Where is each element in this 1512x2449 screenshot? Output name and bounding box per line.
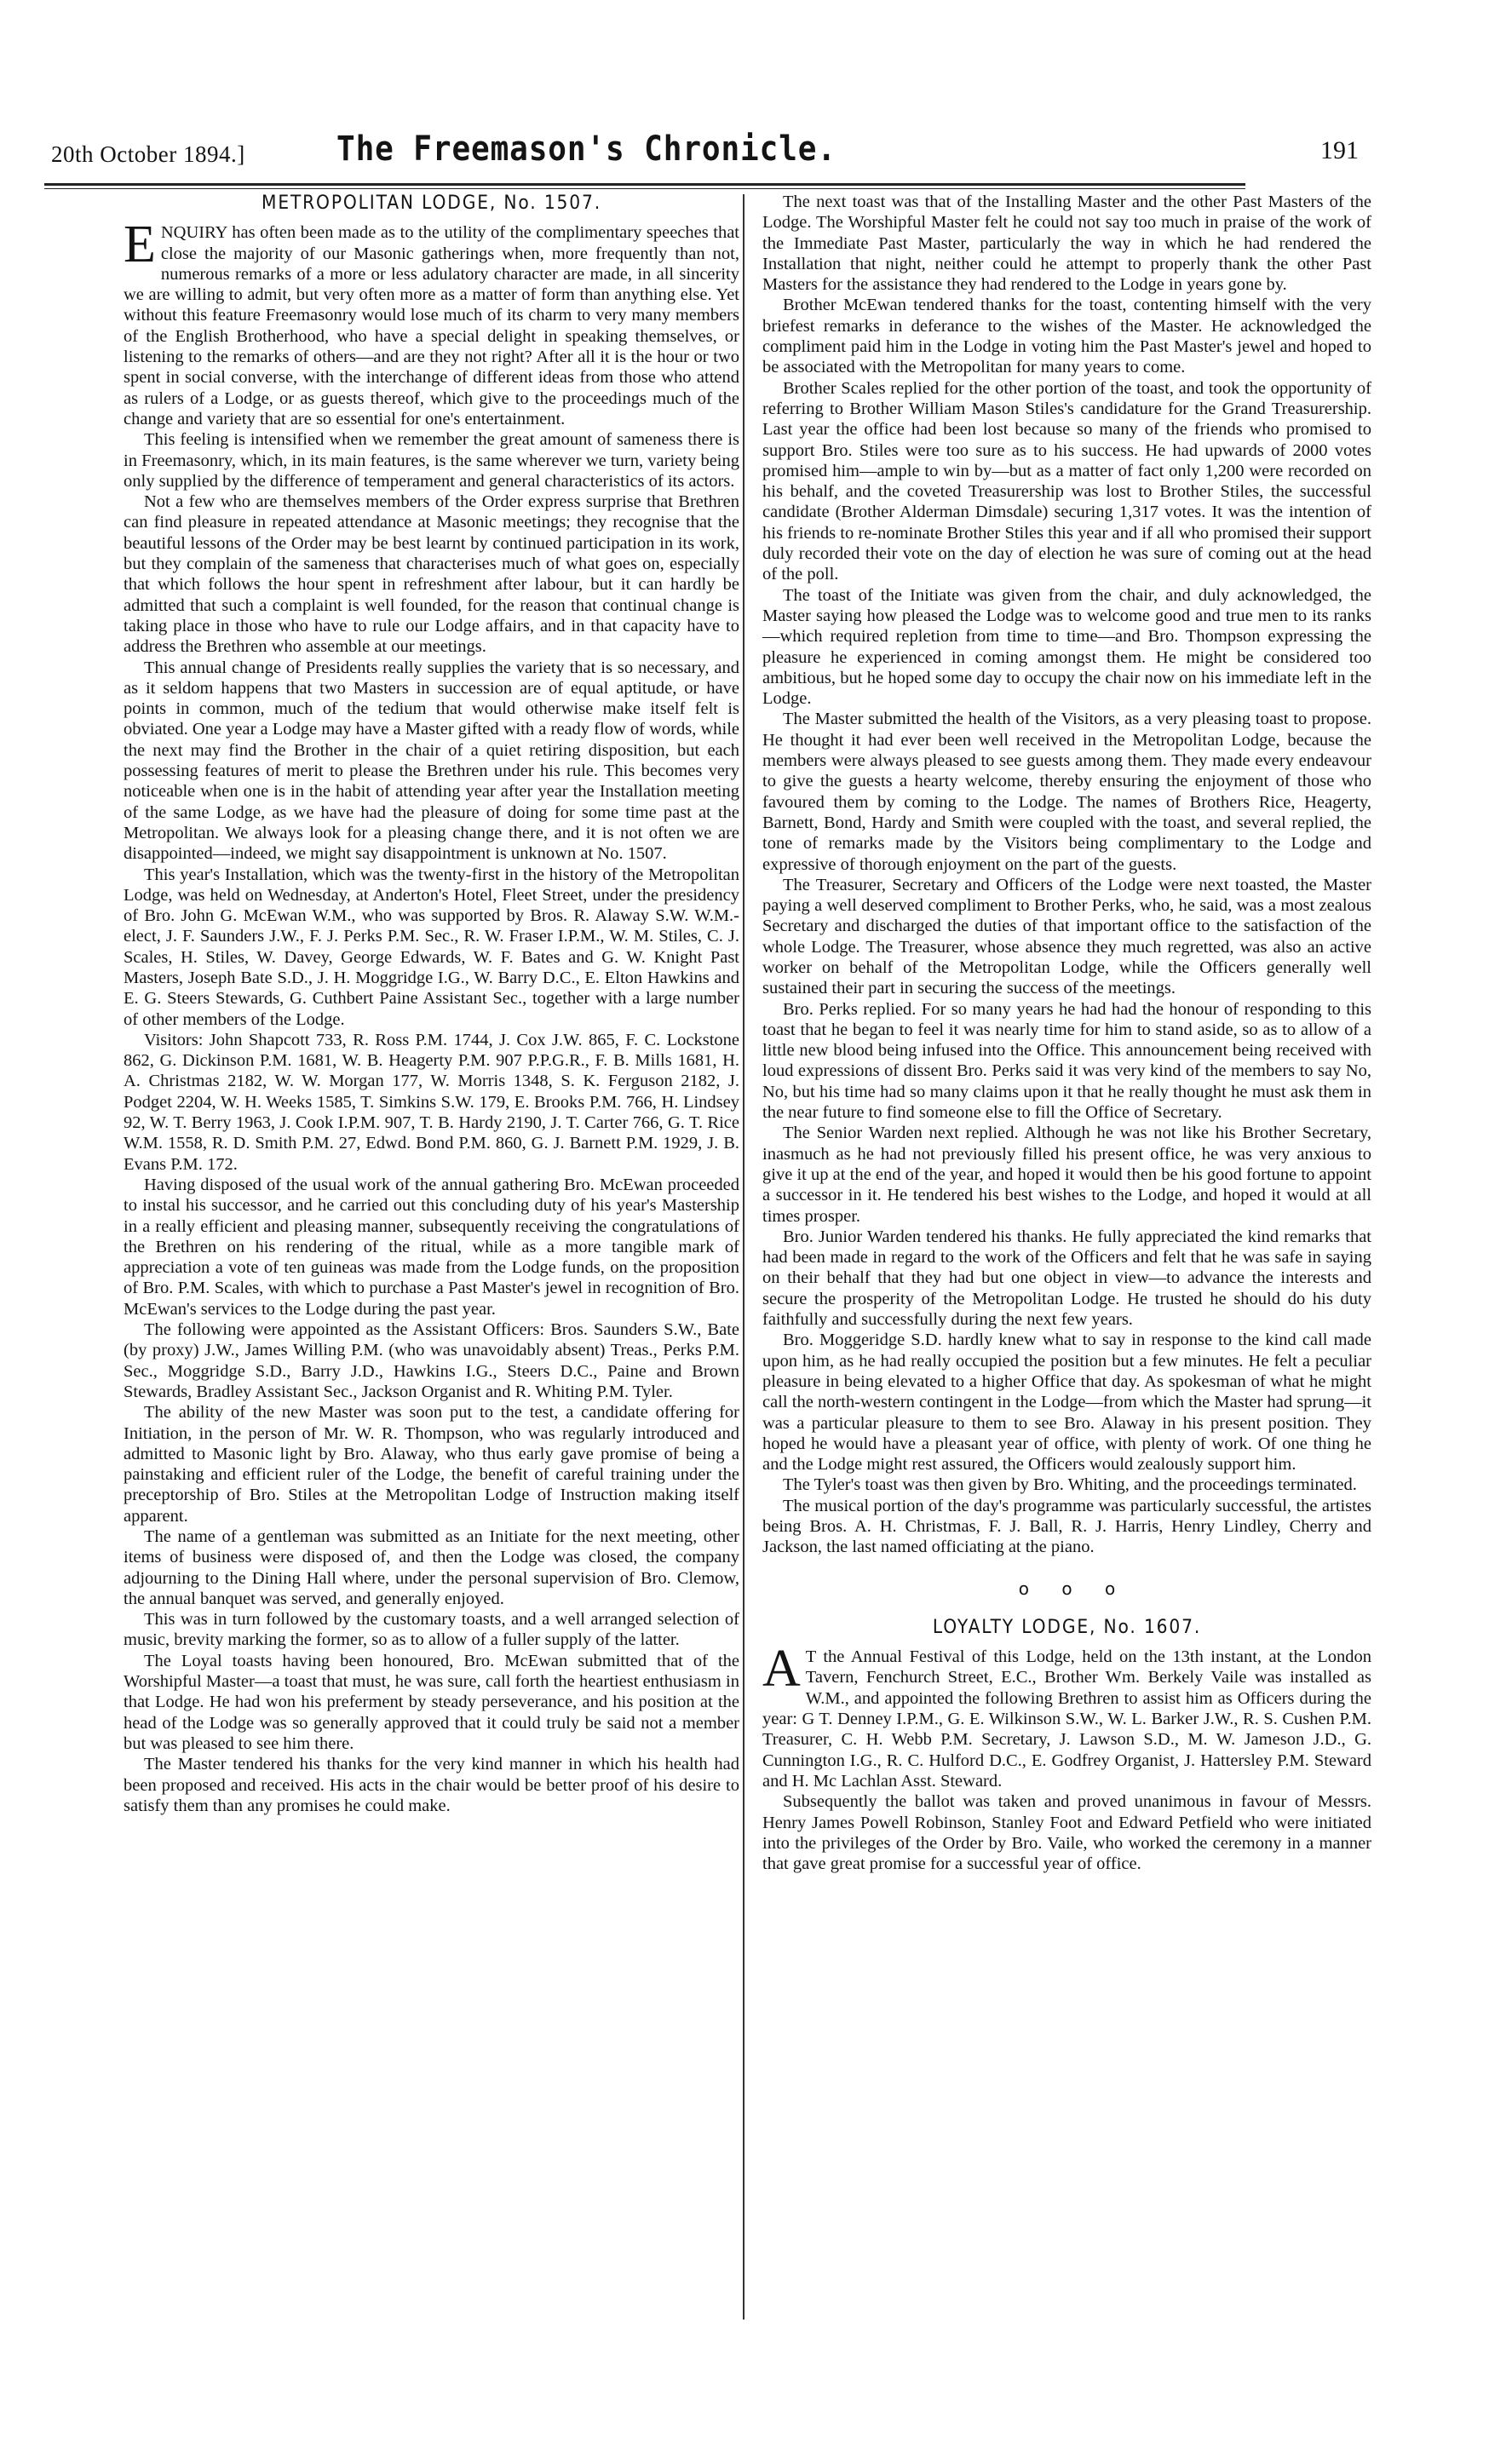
column-left: METROPOLITAN LODGE, No. 1507. ENQUIRY ha… (124, 192, 739, 1816)
masthead-rule (44, 183, 1245, 186)
page-number: 191 (1320, 136, 1359, 165)
masthead-rule-thin (44, 188, 1245, 189)
article-paragraph: The Treasurer, Secretary and Officers of… (762, 875, 1371, 999)
article-paragraph: The Master tendered his thanks for the v… (124, 1754, 739, 1816)
issue-date: 20th October 1894.] (51, 141, 245, 168)
article-paragraph: The Master submitted the health of the V… (762, 709, 1371, 874)
article-paragraph: The toast of the Initiate was given from… (762, 585, 1371, 710)
drop-cap: E (124, 224, 156, 265)
article-paragraph: The following were appointed as the Assi… (124, 1319, 739, 1402)
article-paragraph: This annual change of Presidents really … (124, 658, 739, 865)
article-paragraph: The Senior Warden next replied. Although… (762, 1123, 1371, 1226)
newspaper-title: The Freemason's Chronicle. (336, 129, 836, 169)
article-paragraph: Bro. Junior Warden tendered his thanks. … (762, 1227, 1371, 1330)
article-heading-loyalty: LOYALTY LODGE, No. 1607. (787, 1618, 1348, 1638)
article-paragraph: Subsequently the ballot was taken and pr… (762, 1791, 1371, 1874)
lead-word: NQUIRY (161, 223, 227, 242)
article-paragraph: This was in turn followed by the customa… (124, 1609, 739, 1651)
article-paragraph: Brother Scales replied for the other por… (762, 378, 1371, 585)
article-paragraph: The musical portion of the day's program… (762, 1496, 1371, 1558)
article-paragraph: The next toast was that of the Installin… (762, 192, 1371, 295)
article-paragraph: The Loyal toasts having been honoured, B… (124, 1651, 739, 1754)
article-paragraph: Bro. Perks replied. For so many years he… (762, 999, 1371, 1124)
article-paragraph: Bro. Moggeridge S.D. hardly knew what to… (762, 1330, 1371, 1475)
column-divider (743, 194, 745, 2320)
article-paragraph: Not a few who are themselves members of … (124, 492, 739, 657)
article-paragraph: The ability of the new Master was soon p… (124, 1402, 739, 1526)
article-paragraph: The name of a gentleman was submitted as… (124, 1526, 739, 1609)
visitors-paragraph: Visitors: John Shapcott 733, R. Ross P.M… (124, 1030, 739, 1175)
article-paragraph: Having disposed of the usual work of the… (124, 1175, 739, 1319)
article-heading-metropolitan: METROPOLITAN LODGE, No. 1507. (148, 193, 715, 214)
drop-cap: A (762, 1648, 801, 1689)
article-paragraph: ENQUIRY has often been made as to the ut… (124, 222, 739, 429)
article-paragraph: AT the Annual Festival of this Lodge, he… (762, 1647, 1371, 1791)
article-paragraph: This year's Installation, which was the … (124, 865, 739, 1030)
article-paragraph: This feeling is intensified when we reme… (124, 429, 739, 492)
article-paragraph: Brother McEwan tendered thanks for the t… (762, 295, 1371, 377)
article-paragraph: The Tyler's toast was then given by Bro.… (762, 1475, 1371, 1495)
section-ornament: o o o (762, 1578, 1371, 1599)
masthead: 20th October 1894.] The Freemason's Chro… (51, 128, 1431, 179)
lead-word: T (806, 1647, 816, 1666)
column-right: The next toast was that of the Installin… (762, 192, 1371, 1874)
